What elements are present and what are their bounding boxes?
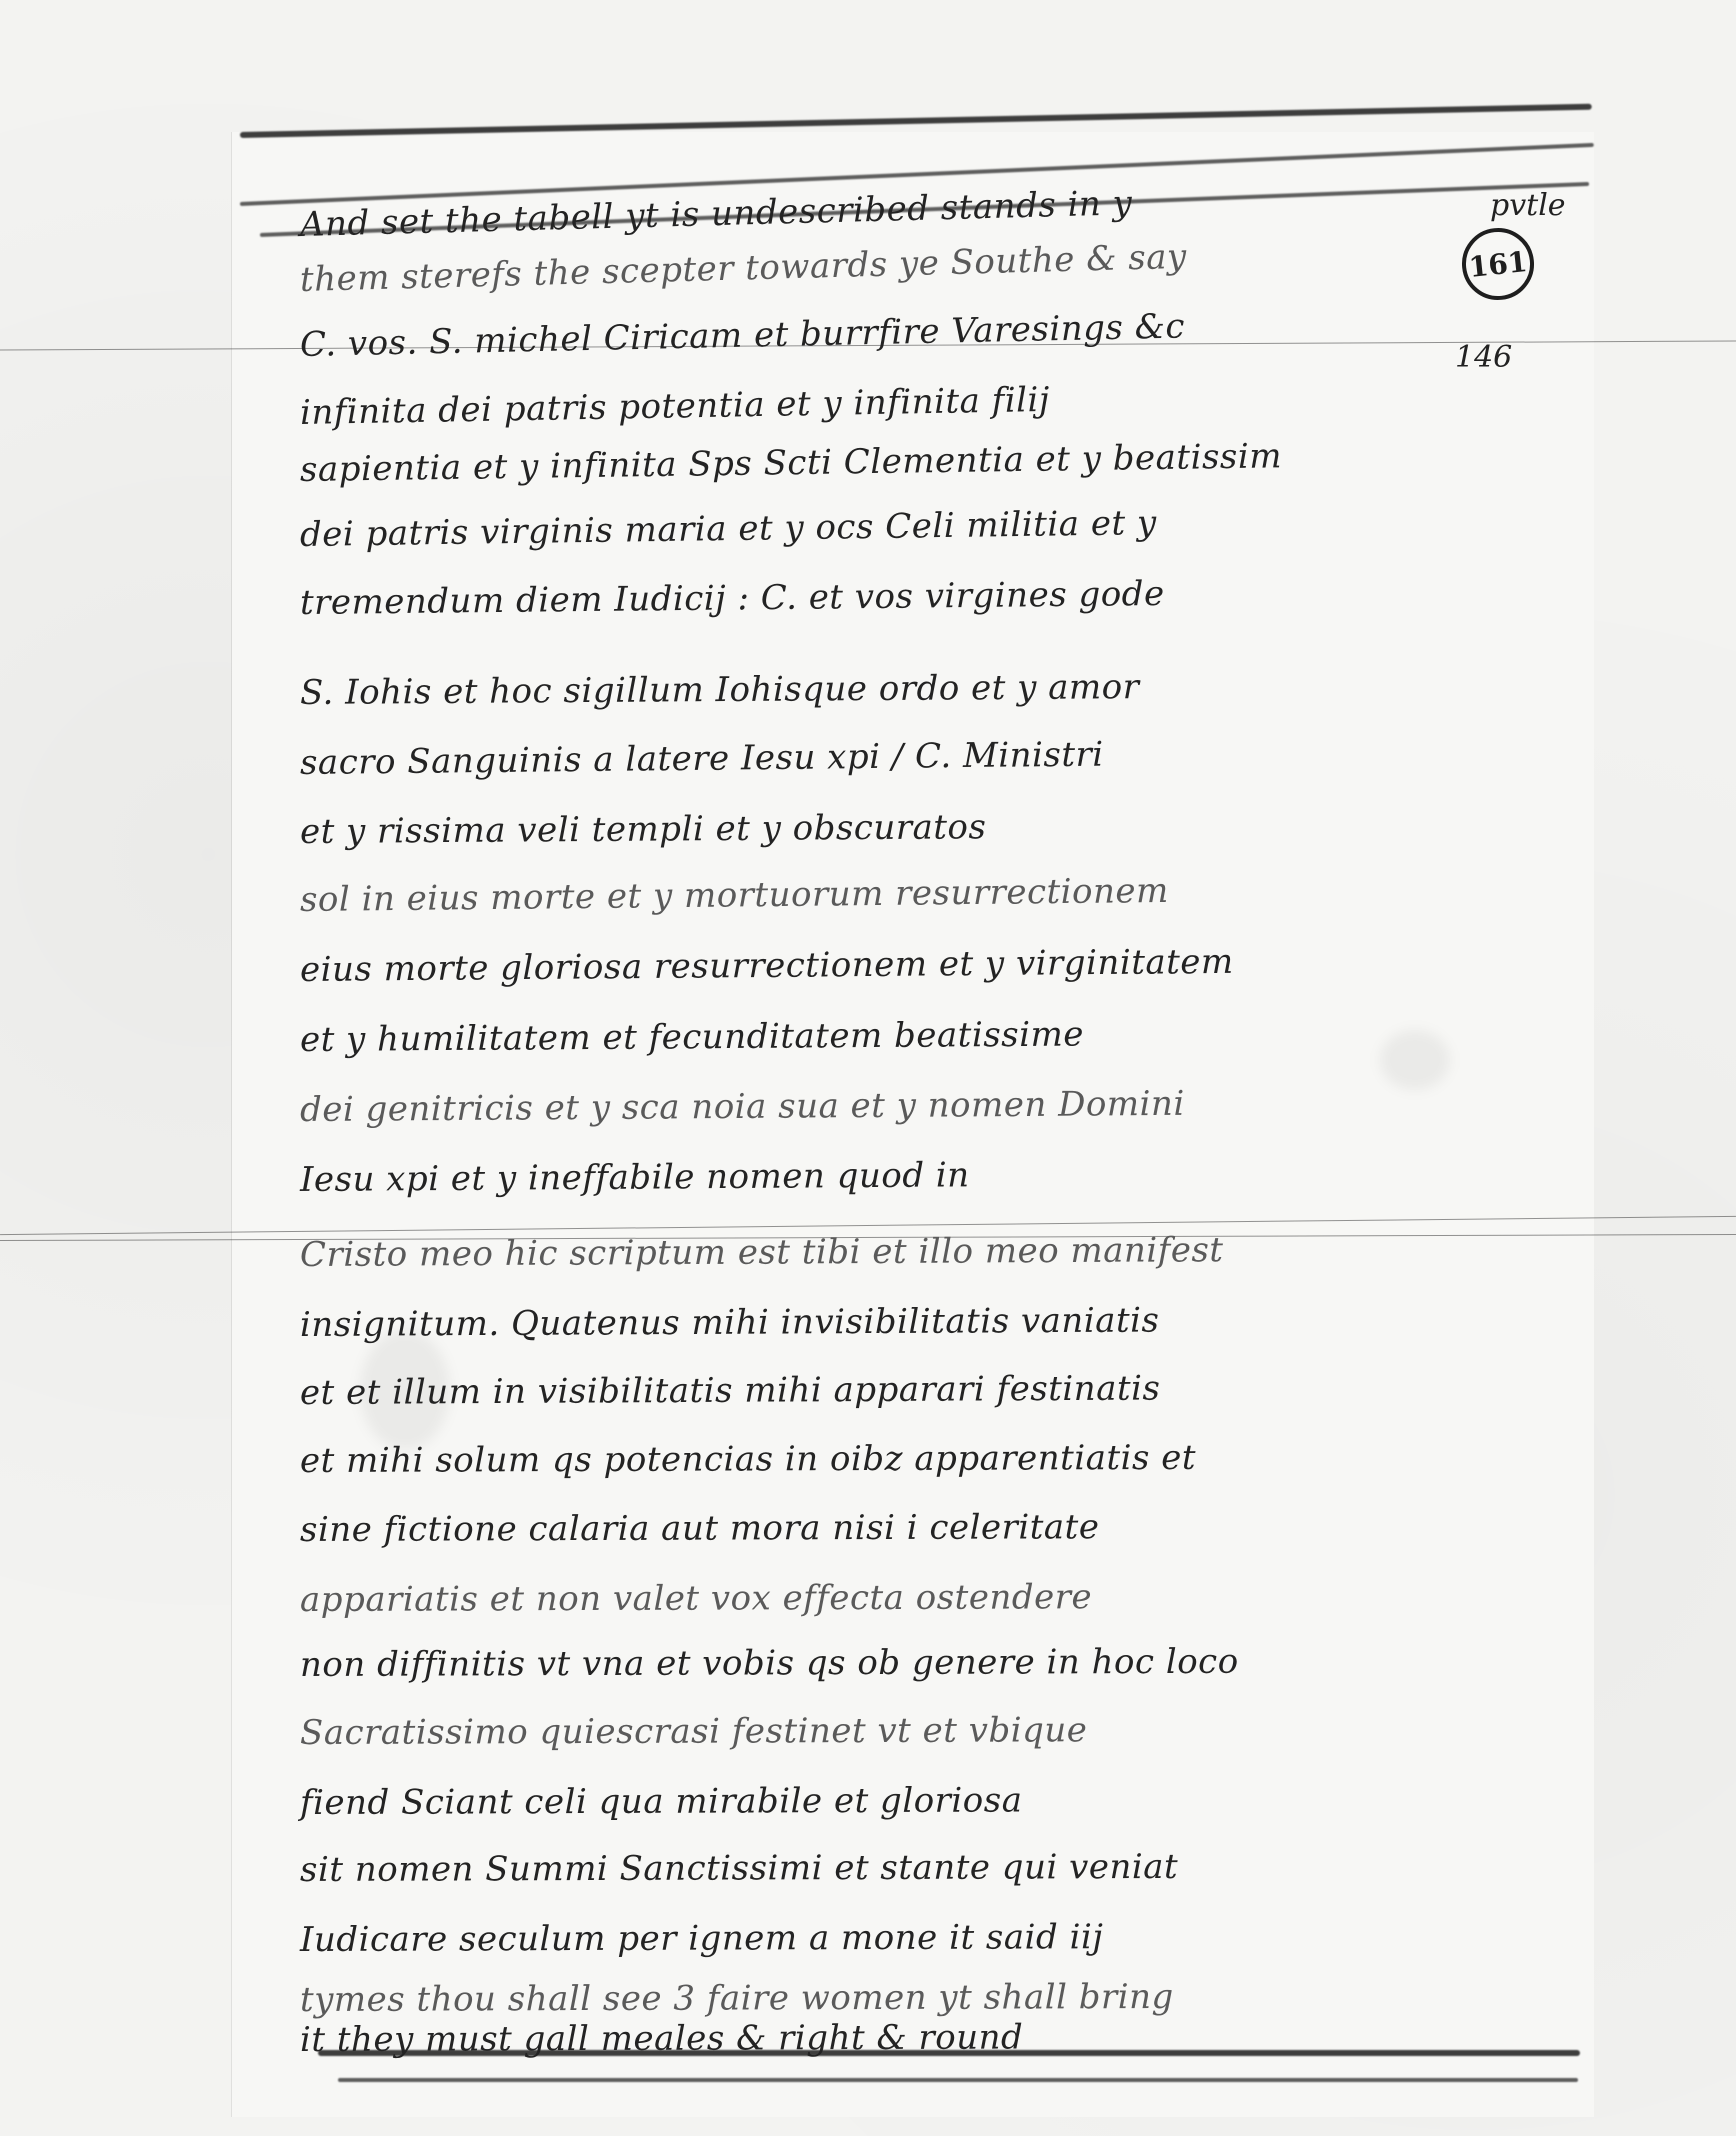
manuscript-line: et et illum in visibilitatis mihi appara…: [300, 1368, 1161, 1413]
manuscript-line: dei genitricis et y sca noia sua et y no…: [300, 1084, 1185, 1130]
bottom-rule-line: [338, 2078, 1578, 2082]
manuscript-line: et y humilitatem et fecunditatem beatiss…: [300, 1015, 1084, 1060]
manuscript-line: sit nomen Summi Sanctissimi et stante qu…: [300, 1847, 1178, 1890]
paper-stain: [1380, 1030, 1450, 1090]
manuscript-line: Iesu xpi et y ineffabile nomen quod in: [300, 1155, 970, 1200]
manuscript-line: non diffinitis vt vna et vobis qs ob gen…: [300, 1642, 1239, 1685]
manuscript-line: Sacratissimo quiescrasi festinet vt et v…: [300, 1710, 1087, 1753]
manuscript-line: it they must gall meales & right & round: [300, 2017, 1023, 2060]
manuscript-line: appariatis et non valet vox effecta oste…: [300, 1577, 1092, 1620]
manuscript-line: S. Iohis et hoc sigillum Iohisque ordo e…: [300, 667, 1140, 713]
manuscript-line: et y rissima veli templi et y obscuratos: [300, 807, 987, 852]
manuscript-line: tymes thou shall see 3 faire women yt sh…: [300, 1977, 1174, 2020]
manuscript-line: sine fictione calaria aut mora nisi i ce…: [300, 1507, 1100, 1550]
inline-page-number: 146: [1455, 340, 1512, 375]
manuscript-line: insignitum. Quatenus mihi invisibilitati…: [300, 1301, 1160, 1345]
manuscript-line: eius morte gloriosa resurrectionem et y …: [300, 942, 1234, 990]
manuscript-line: et mihi solum qs potencias in oibz appar…: [300, 1438, 1196, 1481]
manuscript-line: Cristo meo hic scriptum est tibi et illo…: [300, 1230, 1224, 1275]
catchword: pvtle: [1490, 188, 1566, 223]
manuscript-line: Iudicare seculum per ignem a mone it sai…: [300, 1917, 1103, 1960]
manuscript-line: fiend Sciant celi qua mirabile et glorio…: [300, 1780, 1023, 1823]
manuscript-line: sacro Sanguinis a latere Iesu xpi / C. M…: [300, 735, 1104, 783]
